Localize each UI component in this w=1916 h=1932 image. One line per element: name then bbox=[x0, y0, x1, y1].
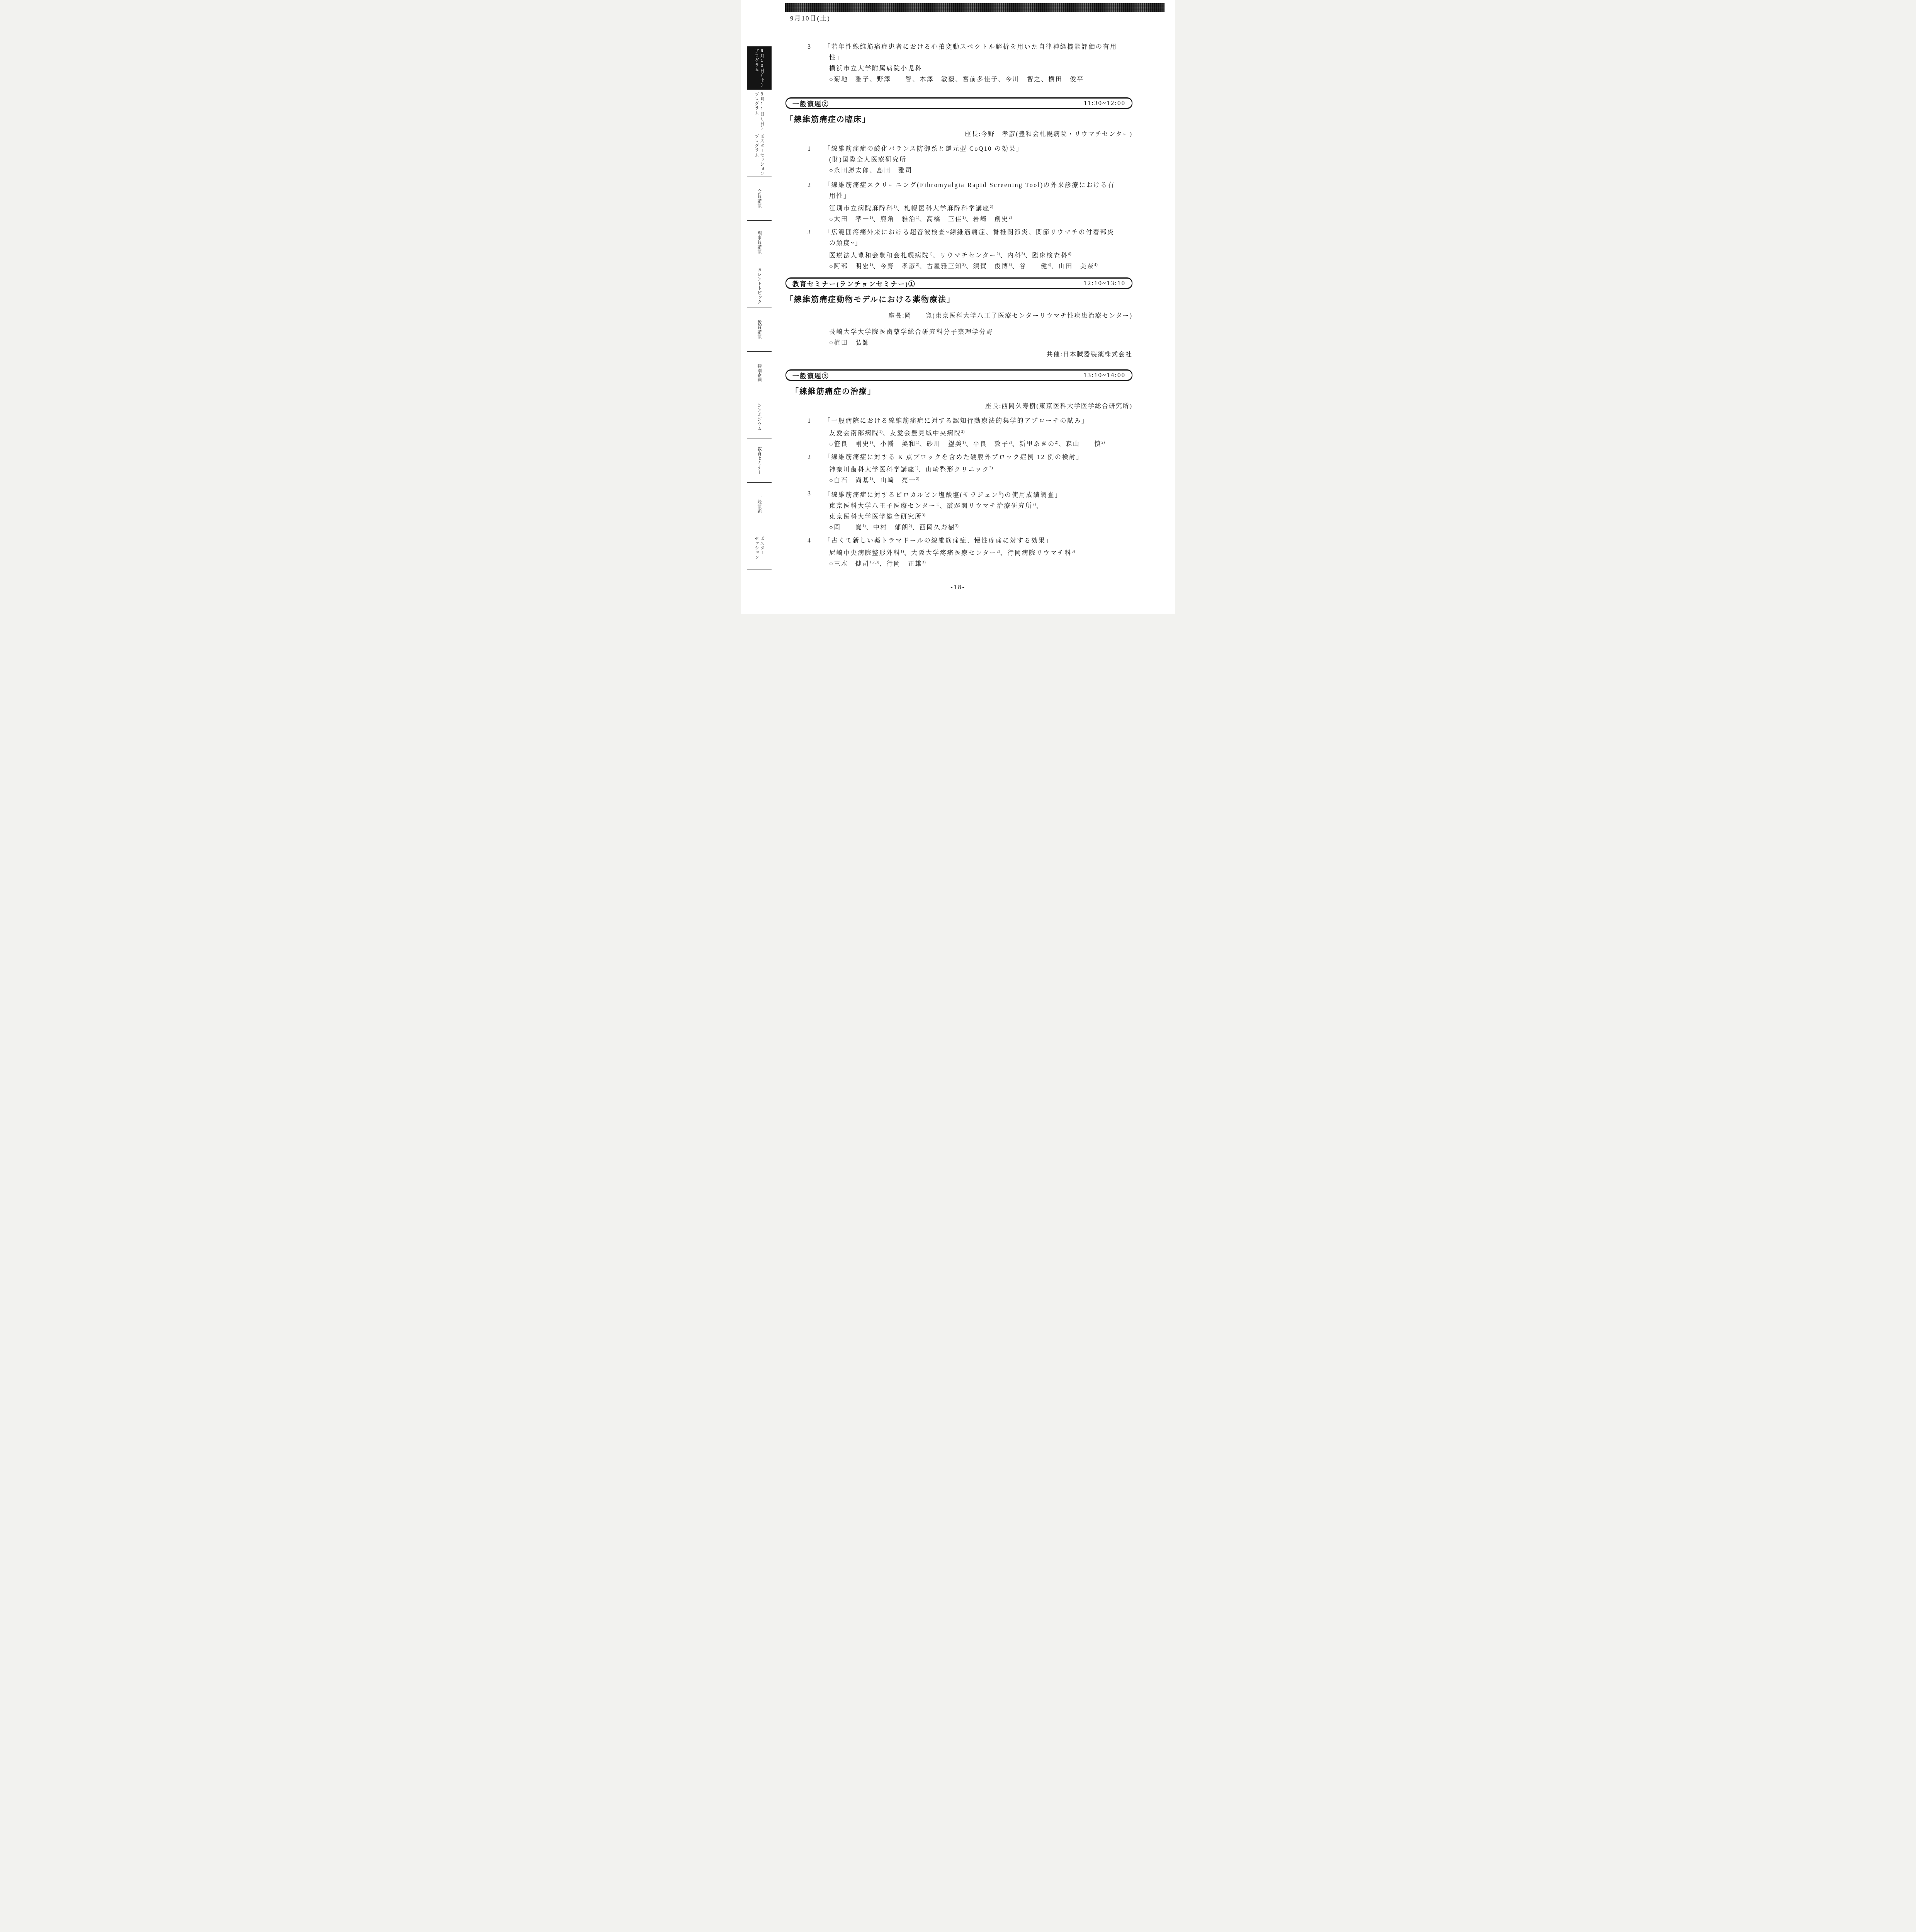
sidebar-index: 9月10日(土) プログラム 9月11日(日) プログラム ポスターセッション … bbox=[747, 46, 772, 570]
session-items: 1 「一般病院における線維筋痛症に対する認知行動療法的集学的アプローチの試み」 … bbox=[785, 416, 1132, 568]
abstract-item: 3 「線維筋痛症に対するピロカルピン塩酸塩(サラジェン®)の使用成績調査」 東京… bbox=[785, 488, 1132, 532]
abstract-title: 「線維筋痛症の酸化バランス防御系と還元型 CoQ10 の効果」 bbox=[824, 144, 1132, 155]
abstract-title: 「線維筋痛症に対する K 点ブロックを含めた硬膜外ブロック症例 12 例の検討」 bbox=[824, 452, 1132, 463]
abstract-affiliation: (財)国際全人医療研究所 bbox=[824, 155, 1132, 165]
abstract-affiliation: 尼崎中央病院整形外科1)、大阪大学疼痛医療センター2)、行岡病院リウマチ科3) bbox=[824, 546, 1132, 557]
session-bar-general-3: 一般演題③ 13:10~14:00 bbox=[785, 369, 1132, 381]
abstract-number: 3 bbox=[808, 227, 824, 270]
sidebar-tab-label: 9月11日(日) プログラム bbox=[754, 92, 765, 131]
abstract-authors: ○笹良 剛史1)、小幡 美和1)、砂川 望美1)、平良 敦子2)、新里あきの2)… bbox=[824, 437, 1132, 448]
session-bar-time: 11:30~12:00 bbox=[1084, 99, 1125, 107]
abstract-item: 4 「古くて新しい薬トラマドールの線維筋痛症、慢性疼痛に対する効果」 尼崎中央病… bbox=[785, 536, 1132, 568]
abstract-item: 2 「線維筋痛症に対する K 点ブロックを含めた硬膜外ブロック症例 12 例の検… bbox=[785, 452, 1132, 485]
abstract-number: 2 bbox=[808, 452, 824, 485]
abstract-affiliation: 東京医科大学医学総合研究所3) bbox=[824, 510, 1132, 521]
abstract-number: 2 bbox=[808, 180, 824, 223]
abstract-number: 1 bbox=[808, 144, 824, 176]
sidebar-tab-label: 教育講演 bbox=[757, 320, 762, 339]
sidebar-tab-label: 9月10日(土) プログラム bbox=[754, 49, 765, 88]
sidebar-tab-chairman-lecture: 理事長講演 bbox=[747, 221, 772, 264]
sidebar-tab-current-topic: カレントトピック bbox=[747, 264, 772, 308]
sidebar-tab-label: ポスター セッション bbox=[754, 536, 765, 560]
sidebar-tab-label: ポスターセッション プログラム bbox=[754, 134, 765, 176]
abstract-affiliation: 医療法人豊和会豊和会札幌病院1)、リウマチセンター2)、内科3)、臨床検査科4) bbox=[824, 249, 1132, 260]
abstract-authors: ○三木 健司1,2,3)、行岡 正雄3) bbox=[824, 557, 1132, 568]
sidebar-tab-general-presentation: 一般演題 bbox=[747, 483, 772, 526]
abstract-affiliation: 江別市立病院麻酔科1)、札幌医科大学麻酔科学講座2) bbox=[824, 202, 1132, 213]
seminar-speaker-block: 長崎大学大学院医歯薬学総合研究科分子薬理学分野 ○植田 弘師 bbox=[785, 327, 1132, 349]
abstract-authors: ○太田 孝一1)、鹿角 雅治1)、高橋 三佳1)、岩崎 創史2) bbox=[824, 213, 1132, 223]
abstract-title: 「一般病院における線維筋痛症に対する認知行動療法的集学的アプローチの試み」 bbox=[824, 416, 1132, 427]
sidebar-tab-label: シンポジウム bbox=[757, 403, 762, 431]
abstract-authors: ○白石 尚基1)、山崎 亮一2) bbox=[824, 474, 1132, 485]
sidebar-tab-sep11-program: 9月11日(日) プログラム bbox=[747, 90, 772, 133]
session-bar-time: 12:10~13:10 bbox=[1083, 279, 1125, 287]
sidebar-tab-label: 特別企画 bbox=[757, 364, 762, 383]
abstract-item: 1 「一般病院における線維筋痛症に対する認知行動療法的集学的アプローチの試み」 … bbox=[785, 416, 1132, 448]
page-number: -18- bbox=[741, 584, 1175, 591]
seminar-speaker: ○植田 弘師 bbox=[785, 338, 1132, 349]
program-content: 3 「若年性線維筋痛症患者における心拍変動スペクトル解析を用いた自律神経機能評価… bbox=[785, 42, 1132, 568]
abstract-title: 性」 bbox=[824, 53, 1132, 63]
abstract-authors: ○菊地 雅子、野澤 智、木澤 敏毅、宮前多佳子、今川 智之、横田 俊平 bbox=[824, 74, 1132, 85]
sidebar-tab-label: 一般演題 bbox=[757, 495, 762, 514]
abstract-authors: ○岡 寛1)、中村 郁朗2)、西岡久寿樹3) bbox=[824, 521, 1132, 532]
abstract-title: 「線維筋痛症スクリーニング(Fibromyalgia Rapid Screeni… bbox=[824, 180, 1132, 191]
abstract-item: 3 「若年性線維筋痛症患者における心拍変動スペクトル解析を用いた自律神経機能評価… bbox=[785, 42, 1132, 85]
session-bar-label: 一般演題③ bbox=[792, 371, 829, 380]
abstract-affiliation: 東京医科大学八王子医療センター1)、霞が関リウマチ治療研究所2)、 bbox=[824, 499, 1132, 510]
abstract-number: 1 bbox=[808, 416, 824, 448]
session-bar-luncheon-seminar-1: 教育セミナー(ランチョンセミナー)① 12:10~13:10 bbox=[785, 277, 1132, 289]
scan-noise-band bbox=[785, 3, 1165, 12]
sidebar-tab-sep10-program: 9月10日(土) プログラム bbox=[747, 46, 772, 90]
session-bar-time: 13:10~14:00 bbox=[1083, 371, 1125, 379]
session-chair: 座長:岡 寛(東京医科大学八王子医療センターリウマチ性疾患治療センター) bbox=[785, 311, 1132, 321]
sidebar-tab-label: 会長講演 bbox=[757, 189, 762, 208]
seminar-cosponsor: 共催:日本臓器製薬株式会社 bbox=[785, 350, 1132, 359]
session-bar-label: 一般演題② bbox=[792, 99, 829, 108]
abstract-affiliation: 横浜市立大学附属病院小児科 bbox=[824, 63, 1132, 74]
abstract-title: 「古くて新しい薬トラマドールの線維筋痛症、慢性疼痛に対する効果」 bbox=[824, 536, 1132, 546]
session-heading: 「線維筋痛症の治療」 bbox=[785, 386, 1132, 397]
sidebar-tab-educational-seminar: 教育セミナー bbox=[747, 439, 772, 483]
date-header: 9月10日(土) bbox=[790, 13, 830, 22]
abstract-title: 「広範囲疼痛外来における超音波検査~線維筋痛症、脊椎関節炎、関節リウマチの付着部… bbox=[824, 227, 1132, 238]
seminar-affiliation: 長崎大学大学院医歯薬学総合研究科分子薬理学分野 bbox=[785, 327, 1132, 338]
sidebar-tab-symposium: シンポジウム bbox=[747, 395, 772, 439]
sidebar-tab-label: 理事長講演 bbox=[757, 231, 762, 254]
abstract-number: 3 bbox=[808, 42, 824, 85]
abstract-authors: ○永田勝太郎、島田 雅司 bbox=[824, 165, 1132, 176]
sidebar-tab-special-program: 特別企画 bbox=[747, 352, 772, 395]
abstract-authors: ○阿部 明宏1)、今野 孝彦2)、古屋雅三知3)、須賀 俊博3)、谷 健4)、山… bbox=[824, 260, 1132, 270]
abstract-number: 3 bbox=[808, 488, 824, 532]
abstract-affiliation: 友愛会南部病院1)、友愛会豊見城中央病院2) bbox=[824, 427, 1132, 437]
abstract-title: の頻度~」 bbox=[824, 238, 1132, 249]
session-chair: 座長:西岡久寿樹(東京医科大学医学総合研究所) bbox=[785, 402, 1132, 411]
sidebar-tab-presidential-lecture: 会長講演 bbox=[747, 177, 772, 221]
sidebar-tab-poster-session: ポスター セッション bbox=[747, 526, 772, 570]
sidebar-tab-educational-lecture: 教育講演 bbox=[747, 308, 772, 352]
abstract-title: 「若年性線維筋痛症患者における心拍変動スペクトル解析を用いた自律神経機能評価の有… bbox=[824, 42, 1132, 53]
session-items: 1 「線維筋痛症の酸化バランス防御系と還元型 CoQ10 の効果」 (財)国際全… bbox=[785, 144, 1132, 270]
sidebar-tab-label: 教育セミナー bbox=[757, 447, 762, 474]
session-heading: 「線維筋痛症の臨床」 bbox=[785, 114, 1132, 125]
abstract-item: 2 「線維筋痛症スクリーニング(Fibromyalgia Rapid Scree… bbox=[785, 180, 1132, 223]
session-chair: 座長:今野 孝彦(豊和会札幌病院・リウマチセンター) bbox=[785, 130, 1132, 139]
abstract-item: 3 「広範囲疼痛外来における超音波検査~線維筋痛症、脊椎関節炎、関節リウマチの付… bbox=[785, 227, 1132, 270]
abstract-title: 用性」 bbox=[824, 191, 1132, 202]
abstract-number: 4 bbox=[808, 536, 824, 568]
scanned-program-page: 9月10日(土) 9月10日(土) プログラム 9月11日(日) プログラム ポ… bbox=[741, 0, 1175, 614]
abstract-item: 1 「線維筋痛症の酸化バランス防御系と還元型 CoQ10 の効果」 (財)国際全… bbox=[785, 144, 1132, 176]
abstract-title: 「線維筋痛症に対するピロカルピン塩酸塩(サラジェン®)の使用成績調査」 bbox=[824, 488, 1132, 499]
abstract-affiliation: 神奈川歯科大学医科学講座1)、山崎整形クリニック2) bbox=[824, 463, 1132, 474]
sidebar-tab-label: カレントトピック bbox=[757, 267, 762, 304]
session-bar-label: 教育セミナー(ランチョンセミナー)① bbox=[792, 279, 916, 288]
session-bar-general-2: 一般演題② 11:30~12:00 bbox=[785, 97, 1132, 109]
sidebar-tab-poster-program: ポスターセッション プログラム bbox=[747, 133, 772, 177]
session-heading: 「線維筋痛症動物モデルにおける薬物療法」 bbox=[785, 294, 1132, 305]
